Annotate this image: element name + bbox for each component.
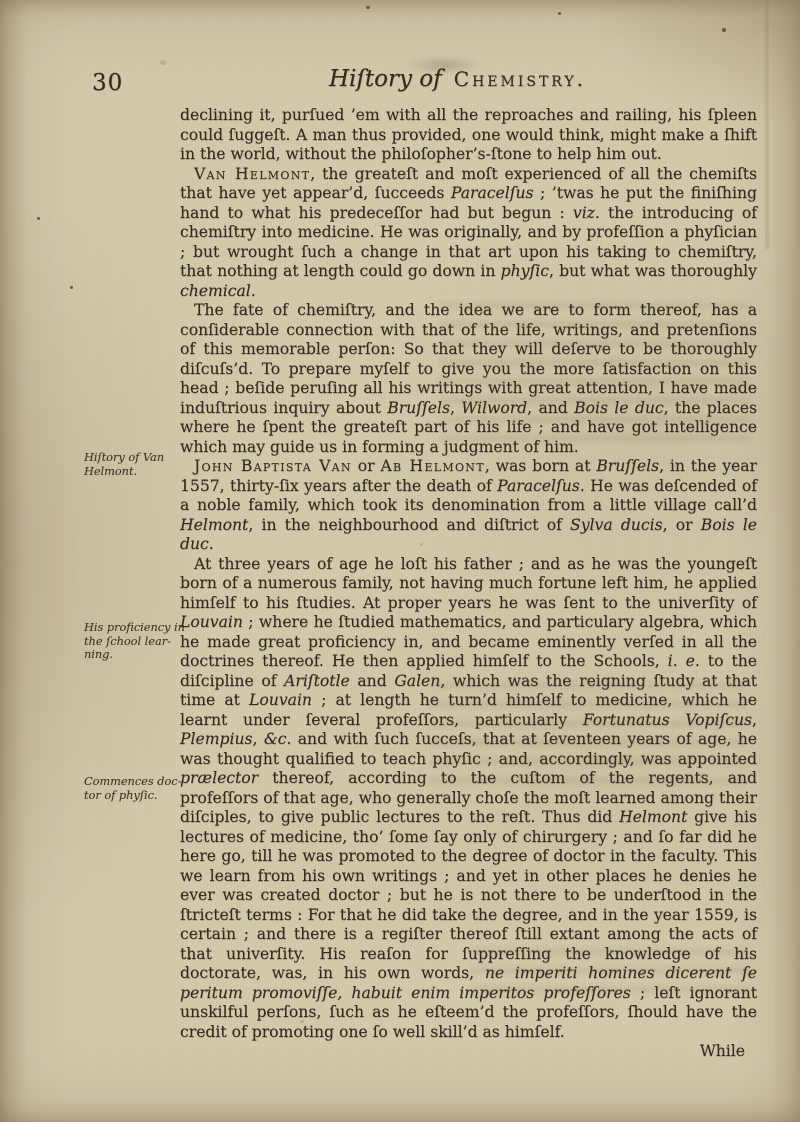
text-segment: Paracelſus. <box>497 477 585 495</box>
text-segment: , was born at <box>485 457 597 475</box>
foxing-spot <box>216 116 220 120</box>
foxing-spot <box>366 6 370 9</box>
foxing-spot <box>408 130 411 133</box>
page-number: 30 <box>92 70 123 96</box>
paragraph-van-helmont: Van Helmont, the greateſt and moſt exper… <box>180 165 757 302</box>
text-segment: , <box>253 730 264 748</box>
foxing-spot <box>160 60 166 65</box>
show-through-ghost <box>430 682 745 792</box>
text-segment: prælector <box>180 769 258 787</box>
text-segment: Louvain <box>180 613 243 631</box>
text-segment: or <box>352 457 381 475</box>
text-segment: Louvain <box>249 691 312 709</box>
foxing-spot <box>722 28 726 32</box>
text-segment: , in the neighbourhood and diſtrict of <box>248 516 570 534</box>
show-through-ghost <box>440 302 750 442</box>
text-segment: Paracelſus <box>451 184 534 202</box>
text-segment: &c. <box>264 730 292 748</box>
text-segment: phyſic <box>501 262 549 280</box>
text-segment: Bruſſels <box>596 457 659 475</box>
foxing-spot <box>420 543 423 546</box>
page-edge-shadow <box>766 0 768 250</box>
text-segment: i. e. <box>668 652 700 670</box>
foxing-spot <box>188 957 191 960</box>
text-segment: declining it, purſued ’em with all the r… <box>180 106 757 163</box>
text-segment: At three years of age he loſt his father… <box>180 555 757 612</box>
text-segment: Plempius <box>180 730 253 748</box>
catchword: While <box>180 1042 757 1062</box>
text-segment: viz. <box>573 204 600 222</box>
text-segment: John Baptista Van <box>194 457 352 475</box>
text-segment: , <box>752 711 757 729</box>
ink-smudge <box>404 56 484 74</box>
text-segment: and <box>350 672 395 690</box>
text-segment: Sylva ducis <box>570 516 663 534</box>
foxing-spot <box>37 217 40 220</box>
text-segment: Ab Helmont <box>380 457 484 475</box>
text-segment: Helmont <box>180 516 248 534</box>
foxing-spot <box>70 286 73 289</box>
text-segment: , or <box>663 516 701 534</box>
text-segment: Van Helmont <box>194 165 310 183</box>
foxing-spot <box>558 12 561 15</box>
paragraph-birth: John Baptista Van or Ab Helmont, was bor… <box>180 457 757 555</box>
text-segment: . <box>209 535 214 553</box>
show-through-ghost <box>470 948 750 1004</box>
text-segment: Ariſtotle <box>284 672 350 690</box>
text-block: declining it, purſued ’em with all the r… <box>180 106 757 1062</box>
paragraph-continuation: declining it, purſued ’em with all the r… <box>180 106 757 165</box>
text-segment: chemical. <box>180 282 256 300</box>
text-segment: Helmont <box>619 808 687 826</box>
book-page-scan: 30 Hiſtory of Chemistry. Hiſtory of Van … <box>0 0 800 1122</box>
foxing-spot <box>300 1020 304 1023</box>
text-segment: , but what was thoroughly <box>549 262 757 280</box>
